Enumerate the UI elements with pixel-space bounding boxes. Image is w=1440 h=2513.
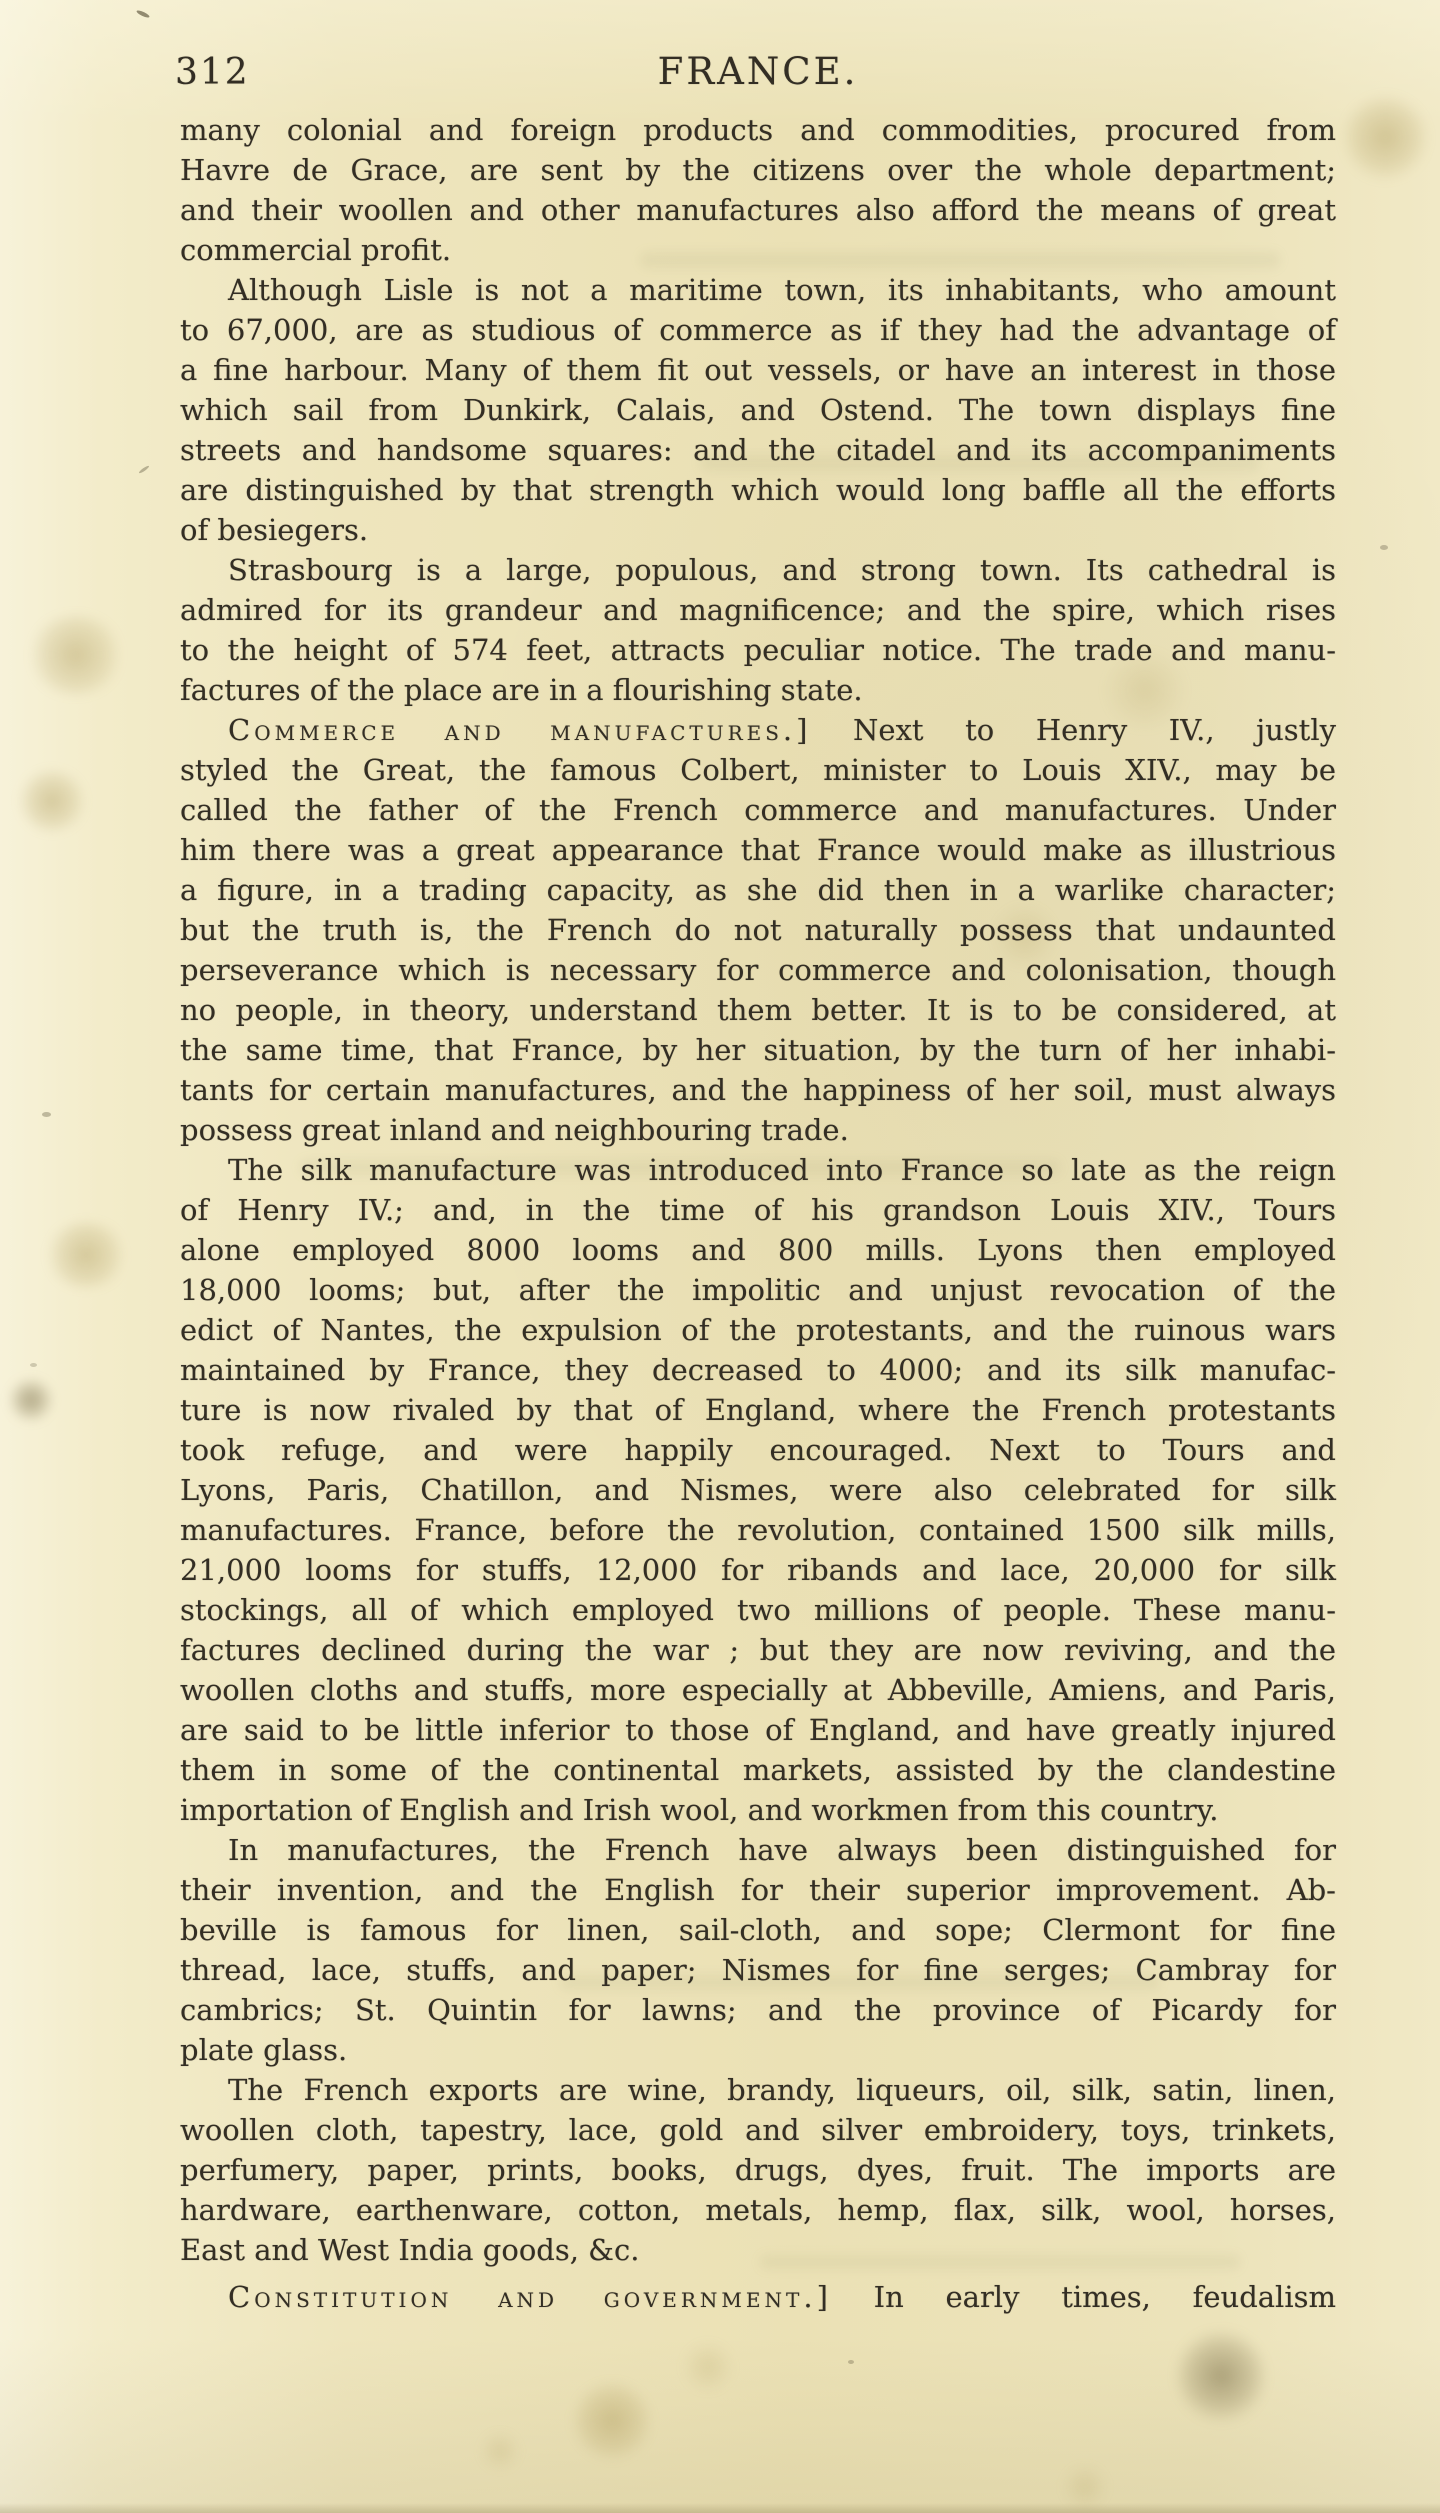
text-line: The silk manufacture was introduced into… <box>180 1150 1336 1190</box>
text-line: and their woollen and other manufactures… <box>180 190 1336 230</box>
book-page: 312 FRANCE. many colonial and foreign pr… <box>0 0 1440 2513</box>
text-line: The French exports are wine, brandy, liq… <box>180 2070 1336 2110</box>
speck <box>30 1363 37 1367</box>
text-segment: 18,000 looms; but, after the impolitic a… <box>180 1273 1336 1307</box>
text-segment: 21,000 looms for stuffs, 12,000 for riba… <box>180 1553 1336 1587</box>
text-segment: of besiegers. <box>180 513 368 547</box>
text-line: are said to be little inferior to those … <box>180 1710 1336 1750</box>
text-segment: Havre de Grace, are sent by the citizens… <box>180 153 1336 187</box>
section-heading: Constitution and government.] <box>228 2280 832 2314</box>
text-line: thread, lace, stuffs, and paper; Nismes … <box>180 1950 1336 1990</box>
text-segment: In early times, feudalism <box>832 2280 1336 2314</box>
text-line: factures declined during the war ; but t… <box>180 1630 1336 1670</box>
text-line: Commerce and manufactures.] Next to Henr… <box>180 710 1336 750</box>
page-bottom-edge <box>0 2503 1440 2513</box>
text-segment: stockings, all of which employed two mil… <box>180 1593 1336 1627</box>
text-segment: thread, lace, stuffs, and paper; Nismes … <box>180 1953 1336 1987</box>
text-line: are distinguished by that strength which… <box>180 470 1336 510</box>
stain <box>18 770 86 832</box>
text-line: manufactures. France, before the revolut… <box>180 1510 1336 1550</box>
text-segment: streets and handsome squares: and the ci… <box>180 433 1336 467</box>
text-segment: are said to be little inferior to those … <box>180 1713 1336 1747</box>
text-segment: perseverance which is necessary for comm… <box>180 953 1336 987</box>
text-line: the same time, that France, by her situa… <box>180 1030 1336 1070</box>
text-line: beville is famous for linen, sail-cloth,… <box>180 1910 1336 1950</box>
text-line: a fine harbour. Many of them fit out ves… <box>180 350 1336 390</box>
paragraph: Commerce and manufactures.] Next to Henr… <box>180 710 1336 1150</box>
stain <box>28 615 123 695</box>
paragraph: In manufactures, the French have always … <box>180 1830 1336 2070</box>
text-segment: them in some of the continental markets,… <box>180 1753 1336 1787</box>
text-line: 21,000 looms for stuffs, 12,000 for riba… <box>180 1550 1336 1590</box>
text-line: plate glass. <box>180 2030 1336 2070</box>
text-segment: cambrics; St. Quintin for lawns; and the… <box>180 1993 1336 2027</box>
text-segment: The silk manufacture was introduced into… <box>228 1153 1336 1187</box>
text-line: perfumery, paper, prints, books, drugs, … <box>180 2150 1336 2190</box>
text-line: streets and handsome squares: and the ci… <box>180 430 1336 470</box>
text-line: their invention, and the English for the… <box>180 1870 1336 1910</box>
text-line: them in some of the continental markets,… <box>180 1750 1336 1790</box>
text-line: called the father of the French commerce… <box>180 790 1336 830</box>
text-line: importation of English and Irish wool, a… <box>180 1790 1336 1830</box>
text-line: In manufactures, the French have always … <box>180 1830 1336 1870</box>
text-line: stockings, all of which employed two mil… <box>180 1590 1336 1630</box>
text-line: Strasbourg is a large, populous, and str… <box>180 550 1336 590</box>
text-segment: beville is famous for linen, sail-cloth,… <box>180 1913 1336 1947</box>
text-segment: but the truth is, the French do not natu… <box>180 913 1336 947</box>
text-segment: no people, in theory, understand them be… <box>180 993 1336 1027</box>
text-segment: styled the Great, the famous Colbert, mi… <box>180 753 1336 787</box>
text-line: admired for its grandeur and magnificenc… <box>180 590 1336 630</box>
text-line: a figure, in a trading capacity, as she … <box>180 870 1336 910</box>
text-segment: Strasbourg is a large, populous, and str… <box>228 553 1336 587</box>
text-line: Although Lisle is not a maritime town, i… <box>180 270 1336 310</box>
speck <box>136 9 150 19</box>
text-line: Lyons, Paris, Chatillon, and Nismes, wer… <box>180 1470 1336 1510</box>
text-line: commercial profit. <box>180 230 1336 270</box>
text-segment: In manufactures, the French have always … <box>228 1833 1336 1867</box>
text-segment: to the height of 574 feet, attracts pecu… <box>180 633 1336 667</box>
text-segment: manufactures. France, before the revolut… <box>180 1513 1336 1547</box>
text-segment: admired for its grandeur and magnificenc… <box>180 593 1336 627</box>
text-segment: Next to Henry IV., justly <box>811 713 1336 747</box>
text-segment: woollen cloths and stuffs, more especial… <box>180 1673 1336 1707</box>
text-segment: called the father of the French commerce… <box>180 793 1336 827</box>
text-line: which sail from Dunkirk, Calais, and Ost… <box>180 390 1336 430</box>
paragraph: many colonial and foreign products and c… <box>180 110 1336 270</box>
paragraph: Although Lisle is not a maritime town, i… <box>180 270 1336 550</box>
stain <box>478 2432 522 2470</box>
text-segment: edict of Nantes, the expulsion of the pr… <box>180 1313 1336 1347</box>
text-line: East and West India goods, &c. <box>180 2230 1336 2270</box>
running-title: FRANCE. <box>180 50 1336 93</box>
text-line: styled the Great, the famous Colbert, mi… <box>180 750 1336 790</box>
text-segment: woollen cloth, tapestry, lace, gold and … <box>180 2113 1336 2147</box>
paragraph: The silk manufacture was introduced into… <box>180 1150 1336 1830</box>
text-segment: alone employed 8000 looms and 800 mills.… <box>180 1233 1336 1267</box>
text-line: to the height of 574 feet, attracts pecu… <box>180 630 1336 670</box>
text-segment: took refuge, and were happily encouraged… <box>180 1433 1336 1467</box>
text-line: but the truth is, the French do not natu… <box>180 910 1336 950</box>
text-segment: Although Lisle is not a maritime town, i… <box>228 273 1336 307</box>
text-line: no people, in theory, understand them be… <box>180 990 1336 1030</box>
text-segment: East and West India goods, &c. <box>180 2233 639 2267</box>
text-line: took refuge, and were happily encouraged… <box>180 1430 1336 1470</box>
paragraph: Strasbourg is a large, populous, and str… <box>180 550 1336 710</box>
text-block: many colonial and foreign products and c… <box>180 110 1336 2317</box>
text-segment: tants for certain manufactures, and the … <box>180 1073 1336 1107</box>
text-segment: of Henry IV.; and, in the time of his gr… <box>180 1193 1336 1227</box>
paragraph: Constitution and government.] In early t… <box>180 2277 1336 2317</box>
text-segment: ture is now rivaled by that of England, … <box>180 1393 1336 1427</box>
speck <box>1380 545 1388 550</box>
text-segment: and their woollen and other manufactures… <box>180 193 1336 227</box>
text-segment: a figure, in a trading capacity, as she … <box>180 873 1336 907</box>
text-segment: are distinguished by that strength which… <box>180 473 1336 507</box>
text-line: Havre de Grace, are sent by the citizens… <box>180 150 1336 190</box>
text-line: perseverance which is necessary for comm… <box>180 950 1336 990</box>
text-line: possess great inland and neighbouring tr… <box>180 1110 1336 1150</box>
text-line: hardware, earthenware, cotton, metals, h… <box>180 2190 1336 2230</box>
text-segment: him there was a great appearance that Fr… <box>180 833 1336 867</box>
text-line: cambrics; St. Quintin for lawns; and the… <box>180 1990 1336 2030</box>
text-line: him there was a great appearance that Fr… <box>180 830 1336 870</box>
text-segment: their invention, and the English for the… <box>180 1873 1336 1907</box>
text-segment: hardware, earthenware, cotton, metals, h… <box>180 2193 1336 2227</box>
stain <box>8 1378 54 1422</box>
section-heading: Commerce and manufactures.] <box>228 713 811 747</box>
text-segment: Lyons, Paris, Chatillon, and Nismes, wer… <box>180 1473 1336 1507</box>
text-segment: a fine harbour. Many of them fit out ves… <box>180 353 1336 387</box>
text-line: factures of the place are in a flourishi… <box>180 670 1336 710</box>
stain <box>680 2342 736 2392</box>
stain <box>45 1222 127 1288</box>
speck <box>138 465 150 474</box>
text-segment: possess great inland and neighbouring tr… <box>180 1113 849 1147</box>
text-line: of Henry IV.; and, in the time of his gr… <box>180 1190 1336 1230</box>
text-line: ture is now rivaled by that of England, … <box>180 1390 1336 1430</box>
stain <box>1175 2328 1267 2424</box>
text-segment: the same time, that France, by her situa… <box>180 1033 1336 1067</box>
text-segment: perfumery, paper, prints, books, drugs, … <box>180 2153 1336 2187</box>
text-line: to 67,000, are as studious of commerce a… <box>180 310 1336 350</box>
text-segment: factures of the place are in a flourishi… <box>180 673 863 707</box>
speck <box>42 1112 51 1117</box>
text-line: maintained by France, they decreased to … <box>180 1350 1336 1390</box>
paragraph: The French exports are wine, brandy, liq… <box>180 2070 1336 2270</box>
text-line: woollen cloths and stuffs, more especial… <box>180 1670 1336 1710</box>
stain <box>1343 95 1428 180</box>
page-header: 312 FRANCE. <box>180 50 1336 96</box>
text-line: alone employed 8000 looms and 800 mills.… <box>180 1230 1336 1270</box>
stain <box>572 2382 652 2460</box>
text-segment: commercial profit. <box>180 233 451 267</box>
text-segment: maintained by France, they decreased to … <box>180 1353 1336 1387</box>
text-segment: factures declined during the war ; but t… <box>180 1633 1336 1667</box>
text-segment: which sail from Dunkirk, Calais, and Ost… <box>180 393 1336 427</box>
text-segment: importation of English and Irish wool, a… <box>180 1793 1218 1827</box>
text-line: 18,000 looms; but, after the impolitic a… <box>180 1270 1336 1310</box>
text-segment: The French exports are wine, brandy, liq… <box>228 2073 1336 2107</box>
text-segment: many colonial and foreign products and c… <box>180 113 1336 147</box>
speck <box>848 2360 854 2364</box>
text-segment: plate glass. <box>180 2033 347 2067</box>
text-segment: to 67,000, are as studious of commerce a… <box>180 313 1336 347</box>
text-line: tants for certain manufactures, and the … <box>180 1070 1336 1110</box>
text-line: woollen cloth, tapestry, lace, gold and … <box>180 2110 1336 2150</box>
text-line: Constitution and government.] In early t… <box>180 2277 1336 2317</box>
text-line: many colonial and foreign products and c… <box>180 110 1336 150</box>
text-line: edict of Nantes, the expulsion of the pr… <box>180 1310 1336 1350</box>
text-line: of besiegers. <box>180 510 1336 550</box>
